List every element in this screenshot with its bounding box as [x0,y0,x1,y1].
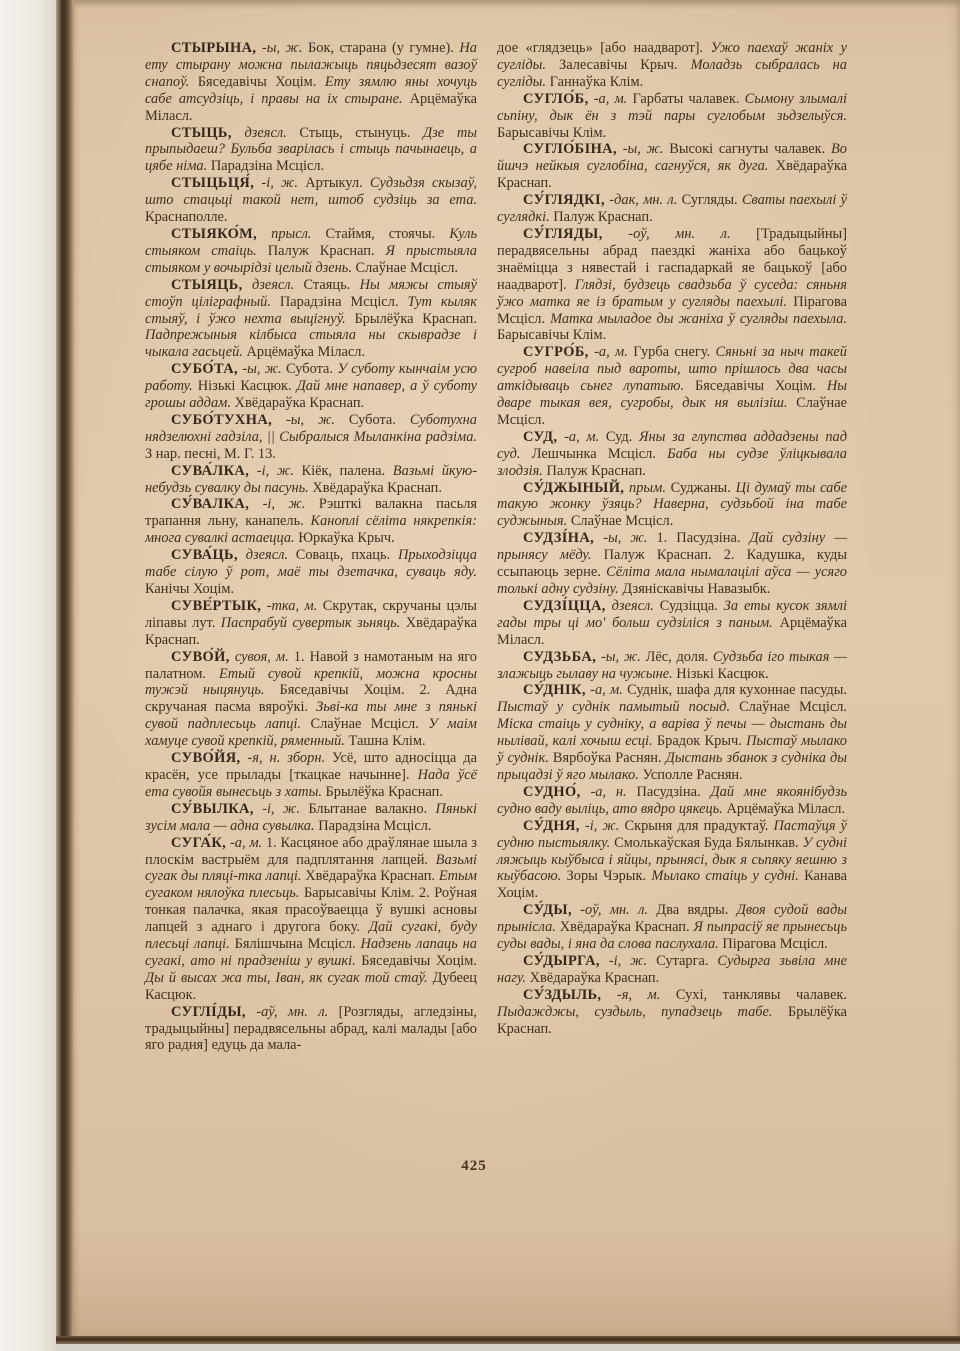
entry-text: Артыкул. [305,175,370,191]
entry-headword: СТЫЯЦЬ, [171,277,243,293]
entry-text: Паспрабуй сувертык зьняць. [221,615,406,631]
entry-text: -тка, м. [261,598,323,614]
entry-headword: СУГА́К, [171,835,226,851]
entry-text: Бяседавічы Хоцім. [361,953,477,969]
entry-headword: СУ́ЗДЫЛЬ, [523,987,601,1003]
entry-text: Парадзіна Мсцісл. [280,294,408,310]
entry-text: прысл. [257,226,325,242]
entry-text: дзеясл. [606,598,660,614]
entry-text: сувоя, м. [230,649,294,665]
dictionary-entry: СУД, -а, м. Суд. Яны за глупства аддадзе… [497,429,847,480]
entry-text: Гурба снегу. [633,344,715,360]
entry-text: Палуж Краснап. [553,209,652,225]
entry-headword: СУ́ДНЯ, [523,818,580,834]
entry-headword: СУВА́ЛКА, [171,463,249,479]
entry-text: -і, ж. [249,496,319,512]
scan-left-margin [0,0,56,1351]
entry-headword: СУ́ГЛЯДЫ, [523,226,603,242]
entry-text: Брылёўка Краснап. [354,311,477,327]
text-block: СТЫРЫНА, -ы, ж. Бок, старана (у гумне). … [145,40,847,1054]
entry-text: 1. Пасудзіна. [656,530,749,546]
entry-text: Усполле Раснян. [642,767,742,783]
entry-text: Слаўнае Мсцісл. [739,699,847,715]
entry-text: -і, ж. [249,463,301,479]
entry-text: Нізькі Касцюк. [676,666,768,682]
dictionary-page: СТЫРЫНА, -ы, ж. Бок, старана (у гумне). … [74,0,960,1338]
dictionary-entry: СУГЛО́Б, -а, м. Гарбаты чалавек. Сымону … [497,91,847,142]
entry-text: -ы, ж. [617,141,669,157]
entry-text: Сутарга. [656,953,717,969]
left-column: СТЫРЫНА, -ы, ж. Бок, старана (у гумне). … [145,40,477,1054]
entry-headword: СУГРО́Б, [523,344,589,360]
dictionary-entry: СТЫЦЬ, дзеясл. Стыць, стынуць. Дзе ты пр… [145,125,477,176]
entry-text: Блытанае валакно. [308,801,435,817]
entry-text: -дак, мн. л. [605,192,682,208]
right-column: дое «глядзець» [або наадварот]. Ужо паех… [497,40,847,1054]
entry-text: дзеясл. [232,125,300,141]
entry-text: Суд. [606,429,639,445]
entry-text: -а, н. [581,784,637,800]
entry-headword: СУГЛІ́ДЫ, [171,1004,246,1020]
entry-text: -ы, ж. [238,361,286,377]
dictionary-entry: СУВЕ́РТЫК, -тка, м. Скрутак, скручаны цэ… [145,598,477,649]
dictionary-entry: СУДЗЬБА, -ы, ж. Лёс, доля. Судзьба іго т… [497,649,847,683]
entry-text: -і, ж. [600,953,656,969]
dictionary-entry: СУ́ГЛЯДЫ, -оў, мн. л. [Традыцыйны] перад… [497,226,847,344]
entry-headword: СУБО́ТА, [171,361,238,377]
dictionary-entry: СУВА́ЦЬ, дзеясл. Соваць, пхаць. Прыходзі… [145,547,477,598]
entry-text: Стаяць. [304,277,360,293]
entry-text: Суджаны. [671,480,736,496]
entry-text: Слаўнае Мсцісл. [311,716,429,732]
entry-text: Арцёмаўка Міласл. [726,801,845,817]
entry-text: Нізькі Касцюк. [198,378,297,394]
entry-text: Хвёдараўка Краснап. [235,395,365,411]
dictionary-entry: СТЫЦЬЦЯ́, -і, ж. Артыкул. Судзьдзя скыза… [145,175,477,226]
dictionary-entry: СУ́ЗДЫЛЬ, -я, м. Сухі, танклявы чалавек.… [497,987,847,1038]
entry-text: Слаўнае Мсцісл. [571,513,673,529]
dictionary-entry: СУ́ДЫРГА, -і, ж. Сутарга. Судырга зьвіла… [497,953,847,987]
dictionary-entry: СУВА́ЛКА, -і, ж. Кіёк, палена. Вазьмі йк… [145,463,477,497]
scan-bottom-margin [56,1344,960,1351]
entry-text: -і, ж. [254,175,305,191]
entry-text: Кіёк, палена. [301,463,392,479]
dictionary-entry: дое «глядзець» [або наадварот]. Ужо паех… [497,40,847,91]
entry-headword: СТЫЯКО́М, [171,226,257,242]
dictionary-entry: СТЫРЫНА, -ы, ж. Бок, старана (у гумне). … [145,40,477,125]
entry-text: Бялішчына Мсцісл. [235,936,361,952]
entry-headword: СУДНО́, [523,784,581,800]
entry-text: -і, ж. [580,818,625,834]
entry-headword: СУ́ДНІК, [523,682,586,698]
entry-headword: СУ́ВЫЛКА, [171,801,254,817]
entry-text: Стаймя, стоячы. [326,226,450,242]
entry-text: Ды й высах жа ты, Іван, як сугак той ста… [145,970,433,986]
entry-text: Слаўнае Мсцісл. [356,260,458,276]
entry-headword: СУГЛО́БІНА, [523,141,617,157]
entry-headword: СУ́ДЫ, [523,902,572,918]
entry-headword: СУДЗІ́ЦЦА, [523,598,606,614]
entry-headword: СУ́ВАЛКА, [171,496,249,512]
dictionary-entry: СТЫЯЦЬ, дзеясл. Стаяць. Ны мяжы стыяў ст… [145,277,477,362]
entry-headword: СУВО́ЙЯ, [171,750,241,766]
entry-text: дое «глядзець» [або наадварот]. [497,40,711,56]
scanned-page: СТЫРЫНА, -ы, ж. Бок, старана (у гумне). … [0,0,960,1351]
entry-text: Сухі, танклявы чалавек. [676,987,847,1003]
entry-text: Два вядры. [656,902,736,918]
entry-text: Барысавічы Клім. [497,125,606,141]
entry-text: -ы, ж. [272,412,349,428]
entry-headword: СУГЛО́Б, [523,91,589,107]
entry-text: З нар. песні, М. Г. 13. [145,446,276,462]
dictionary-entry: СУГЛО́БІНА, -ы, ж. Высокі сагнуты чалаве… [497,141,847,192]
entry-text: Хвёдараўка Краснап. [312,480,442,496]
entry-text: -а, м. [589,344,633,360]
dictionary-entry: СУ́ДЖЫНЫЙ, прым. Суджаны. Ці думаў ты са… [497,480,847,531]
entry-text: Парадзіна Мсцісл. [211,158,324,174]
dictionary-entry: СУДНО́, -а, н. Пасудзіна. Дай мне якояні… [497,784,847,818]
entry-text: -я, м. [601,987,676,1003]
entry-text: Хвёдараўка Краснап. [305,868,439,884]
dictionary-entry: СУ́ДНЯ, -і, ж. Скрыня для прадуктаў. Пас… [497,818,847,903]
entry-text: -ы, ж. [596,649,645,665]
entry-text: Ганнаўка Клім. [550,74,644,90]
entry-headword: СУ́ДЫРГА, [523,953,600,969]
dictionary-entry: СУБО́ТУХНА, -ы, ж. Субота. Суботухна няд… [145,412,477,463]
entry-text: -а, м. [557,429,605,445]
entry-headword: СУВЕ́РТЫК, [171,598,261,614]
dictionary-entry: СУБО́ТА, -ы, ж. Субота. У суботу кынчаім… [145,361,477,412]
entry-text: Канічы Хоцім. [145,581,234,597]
entry-text: Судзіцца. [660,598,724,614]
entry-text: Барысавічы Клім. [497,327,606,343]
entry-headword: СУБО́ТУХНА, [171,412,272,428]
dictionary-entry: СУВО́ЙЯ, -я, н. зборн. Усё, што адносіцц… [145,750,477,801]
entry-text: Пыстаў у суднік памытый посыд. [497,699,739,715]
dictionary-entry: СУ́ВЫЛКА, -і, ж. Блытанае валакно. Пяньк… [145,801,477,835]
entry-text: Пыдажджы, суздыль, пупадзець табе. [497,1004,788,1020]
entry-text: Арцёмаўка Міласл. [247,344,366,360]
dictionary-entry: СУГРО́Б, -а, м. Гурба снегу. Сяньні за н… [497,344,847,429]
dictionary-entry: СУГА́К, -а, м. 1. Касцяное або драўлянае… [145,835,477,1004]
dictionary-entry: СУ́ВАЛКА, -і, ж. Рэшткі валакна пасьля т… [145,496,477,547]
dictionary-entry: СУВО́Й, сувоя, м. 1. Навой з намотаным н… [145,649,477,750]
dictionary-entry: СУ́ДЫ, -оў, мн. л. Два вядры. Двоя судой… [497,902,847,953]
entry-text: Скрыня для прадуктаў. [624,818,773,834]
entry-text: Пірагова Мсцісл. [722,936,827,952]
entry-text: Суднік, шафа для кухоннае пасуды. [627,682,847,698]
entry-text: Смолькаўская Буда Бялынкав. [614,835,802,851]
entry-text: Залесавічы Крыч. [559,57,691,73]
entry-text: Гарбаты чалавек. [632,91,744,107]
entry-headword: СУВА́ЦЬ, [171,547,238,563]
dictionary-entry: СУГЛІ́ДЫ, -аў, мн. л. [Розгляды, агледзі… [145,1004,477,1055]
entry-text: -оў, мн. л. [572,902,656,918]
entry-headword: СУДЗЬБА, [523,649,596,665]
entry-headword: СТЫЦЬ, [171,125,232,141]
dictionary-entry: СУ́ДНІК, -а, м. Суднік, шафа для кухонна… [497,682,847,783]
book-spine-shadow [56,0,74,1340]
dictionary-entry: СУ́ГЛЯДКІ, -дак, мн. л. Сугляды. Сваты п… [497,192,847,226]
entry-text: -ы, ж. [594,530,656,546]
dictionary-entry: СТЫЯКО́М, прысл. Стаймя, стоячы. Куль ст… [145,226,477,277]
entry-headword: СТЫЦЬЦЯ́, [171,175,254,191]
entry-text: Бок, старана (у гумне). [308,40,459,56]
entry-text: Бяседавічы Хоцім. [198,74,325,90]
entry-text: Пасудзіна. [636,784,710,800]
entry-headword: СТЫРЫНА, [171,40,256,56]
entry-text: -оў, мн. л. [603,226,756,242]
entry-text: Хвёдараўка Краснап. [530,970,660,986]
entry-text: Ташна Клім. [349,733,426,749]
entry-headword: СУВО́Й, [171,649,230,665]
dictionary-entry: СУДЗІ́ЦЦА, дзеясл. Судзіцца. За еты кусо… [497,598,847,649]
entry-text: Соваць, пхаць. [296,547,398,563]
entry-text: дзеясл. [238,547,296,563]
entry-text: прым. [624,480,670,496]
entry-text: Хвёдараўка Краснап. [560,919,694,935]
entry-headword: СУ́ГЛЯДКІ, [523,192,605,208]
entry-text: Брылёўка Краснап. [326,784,443,800]
entry-text: Матка мыладое ды жаніха ў сугляды паехыл… [550,311,847,327]
entry-text: дзеясл. [243,277,304,293]
entry-text: -і, ж. [254,801,308,817]
entry-text: Субота. [349,412,410,428]
entry-text: -а, м. [586,682,627,698]
entry-text: Высокі сагнуты чалавек. [669,141,831,157]
entry-text: Палуж Краснап. [547,463,646,479]
entry-text: -а, м. [589,91,633,107]
entry-text: Лешчынка Мсцісл. [532,446,667,462]
entry-text: Сугляды. [682,192,742,208]
dictionary-entry: СУДЗІ́НА, -ы, ж. 1. Пасудзіна. Дай судзі… [497,530,847,598]
entry-text: Субота. [286,361,337,377]
entry-headword: СУДЗІ́НА, [523,530,594,546]
entry-text: -а, м. [226,835,266,851]
entry-text: Краснаполле. [145,209,228,225]
entry-text: -ы, ж. [256,40,308,56]
entry-text: Мылако стаіць у судні. [651,868,804,884]
entry-text: Парадзіна Мсцісл. [318,818,431,834]
entry-text: Зоры Чэрык. [567,868,652,884]
page-number: 425 [404,1158,544,1175]
entry-text: -аў, мн. л. [246,1004,339,1020]
entry-text: -я, н. зборн. [241,750,332,766]
page-bottom-edge [56,1336,960,1344]
entry-text: Стыць, стынуць. [299,125,423,141]
entry-headword: СУ́ДЖЫНЫЙ, [523,480,624,496]
entry-text: Дзяніскавічы Навазыбк. [622,581,770,597]
entry-text: Брадок Крыч. [657,733,746,749]
entry-text: Юркаўка Крыч. [298,530,394,546]
entry-text: Бяседавічы Хоцім. [695,378,827,394]
entry-text: Палуж Краснап. [268,243,386,259]
entry-text: Лёс, доля. [646,649,713,665]
entry-headword: СУД, [523,429,557,445]
entry-text: Вярбоўка Раснян. [553,750,666,766]
